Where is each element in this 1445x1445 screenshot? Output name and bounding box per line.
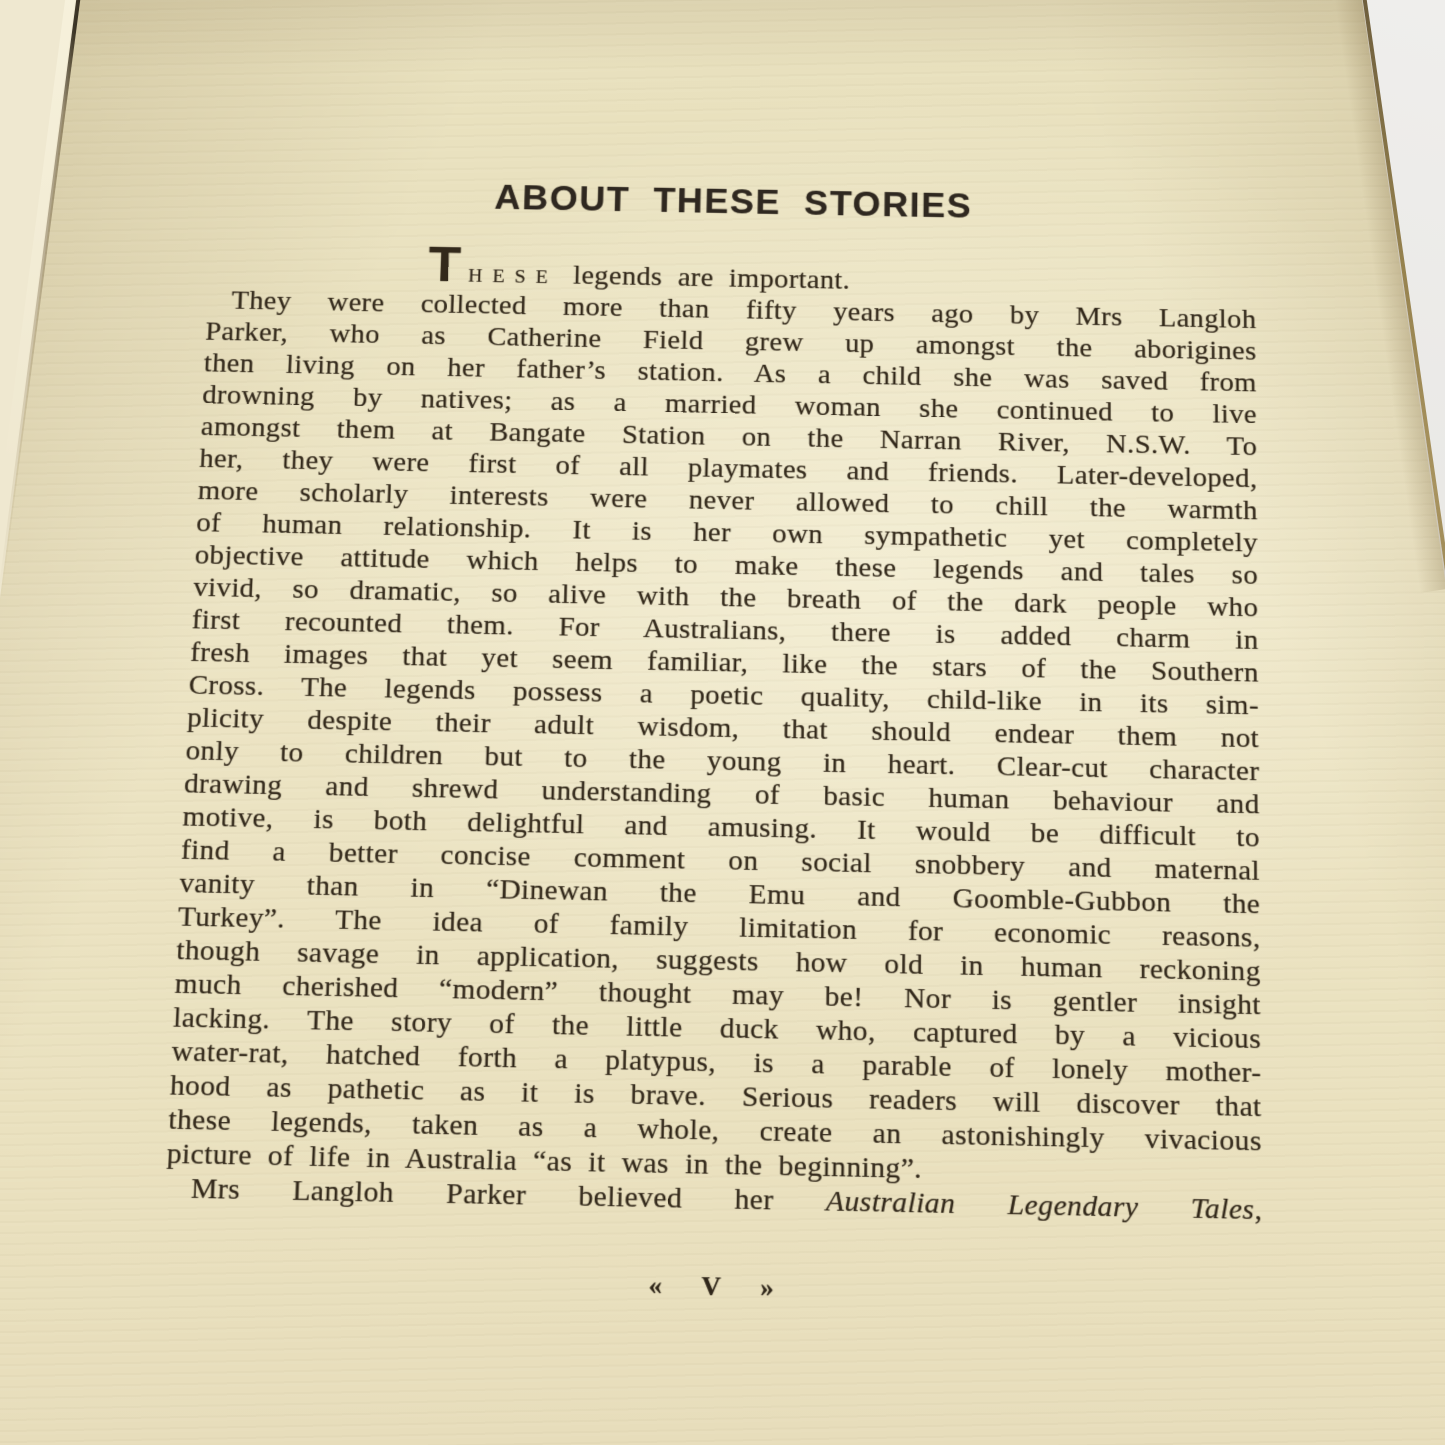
opening-small-caps: HESE: [468, 265, 558, 288]
closing-suffix: ,: [1254, 1193, 1262, 1226]
body-text: THESE legends are important. They were c…: [164, 252, 1262, 1227]
drop-cap-initial: T: [427, 235, 461, 292]
opening-rest: legends are important.: [557, 260, 850, 295]
closing-book-title: Australian Legendary Tales: [826, 1185, 1255, 1226]
book-page-photo: ABOUT THESE STORIES THESE legends are im…: [0, 0, 1445, 1445]
body-lines: They were collected more than fifty year…: [166, 284, 1262, 1193]
page-content: ABOUT THESE STORIES THESE legends are im…: [158, 174, 1263, 1356]
page-number: « V »: [160, 1260, 1262, 1313]
